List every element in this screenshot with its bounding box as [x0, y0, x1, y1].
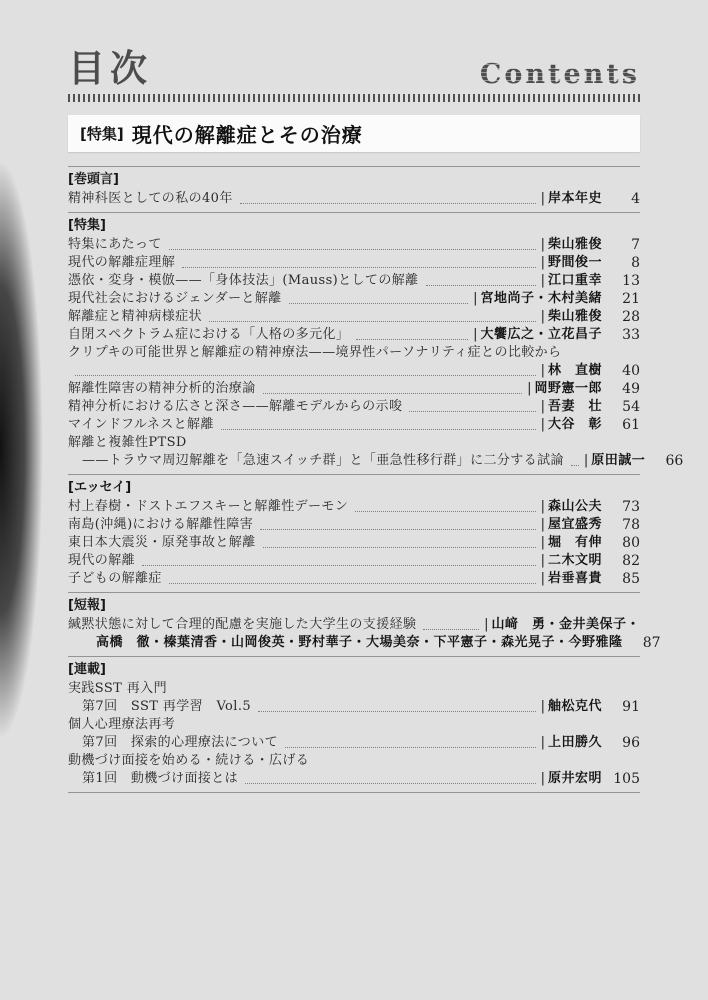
entry-authors: 林 直樹 [548, 362, 602, 380]
entry-title: 南島(沖縄)における解離性障害 [68, 516, 253, 534]
dotted-leader [209, 321, 536, 322]
dotted-leader [423, 629, 479, 630]
toc-entry: 第1回 動機づけ面接とは | 原井宏明 105 [68, 770, 640, 788]
dotted-leader [75, 375, 536, 376]
entry-authors: 吾妻 壮 [548, 398, 602, 416]
page-title-english: Contents [480, 61, 640, 88]
entry-authors: 柴山雅俊 [548, 236, 602, 254]
feature-banner-title: 現代の解離症とその治療 [132, 119, 363, 148]
toc-entry: 第7回 SST 再学習 Vol.5 | 舳松克代 91 [68, 698, 640, 716]
entry-title: 東日本大震災・原発事故と解離 [68, 534, 256, 552]
entry-title: 現代社会におけるジェンダーと解離 [68, 290, 282, 308]
entry-page-number: 21 [608, 290, 640, 308]
entry-title: 第1回 動機づけ面接とは [82, 770, 238, 788]
author-separator: | [541, 552, 545, 570]
toc-entry-authors-continuation: 高橋 徹・榛葉清香・山岡俊英・野村華子・大場美奈・下平憲子・森光晃子・今野雅隆 … [68, 634, 640, 652]
author-separator: | [541, 416, 545, 434]
toc-page: 目次 Contents [特集] 現代の解離症とその治療 [巻頭言] 精神科医と… [0, 0, 708, 1000]
toc-entry: 村上春樹・ドストエフスキーと解離性デーモン | 森山公夫 73 [68, 498, 640, 516]
dotted-leader [169, 583, 536, 584]
author-separator: | [527, 380, 531, 398]
author-separator: | [473, 290, 477, 308]
author-separator: | [541, 498, 545, 516]
author-separator: | [473, 326, 477, 344]
entry-authors: 岸本年史 [548, 190, 602, 208]
dotted-leader [355, 511, 535, 512]
toc-entry-subtitle-line: ——トラウマ周辺解離を「急速スイッチ群」と「亜急性移行群」に二分する試論 | 原… [68, 452, 640, 470]
toc-entry: 現代社会におけるジェンダーと解離 | 宮地尚子・木村美緒 21 [68, 290, 640, 308]
author-separator: | [541, 254, 545, 272]
series-title-line: 個人心理療法再考 [68, 716, 640, 734]
dotted-leader [240, 203, 536, 204]
dotted-leader [182, 267, 535, 268]
entry-page-number: 66 [651, 452, 683, 470]
entry-title: 緘黙状態に対して合理的配慮を実施した大学生の支援経験 [68, 616, 416, 634]
entry-title: 憑依・変身・模倣——「身体技法」(Mauss)としての解離 [68, 272, 419, 290]
toc-entry-continuation: | 林 直樹 40 [68, 362, 640, 380]
series-title: 実践SST 再入門 [68, 680, 167, 698]
author-separator: | [484, 616, 488, 634]
entry-page-number: 82 [608, 552, 640, 570]
entry-page-number: 87 [629, 634, 661, 652]
author-separator: | [541, 190, 545, 208]
series-title-line: 実践SST 再入門 [68, 680, 640, 698]
entry-authors: 原井宏明 [548, 770, 602, 788]
dotted-leader [142, 565, 536, 566]
entry-title: 精神分析における広さと深さ——解離モデルからの示唆 [68, 398, 402, 416]
entry-page-number: 13 [608, 272, 640, 290]
toc-entry: 特集にあたって | 柴山雅俊 7 [68, 236, 640, 254]
toc-entry: 解離症と精神病様症状 | 柴山雅俊 28 [68, 308, 640, 326]
entry-authors: 舳松克代 [548, 698, 602, 716]
author-separator: | [584, 452, 588, 470]
toc-entry: 現代の解離 | 二木文明 82 [68, 552, 640, 570]
toc-entry: 南島(沖縄)における解離性障害 | 屋宜盛秀 78 [68, 516, 640, 534]
author-separator: | [541, 516, 545, 534]
entry-authors: 上田勝久 [548, 734, 602, 752]
entry-page-number: 33 [608, 326, 640, 344]
author-separator: | [541, 734, 545, 752]
entry-page-number: 73 [608, 498, 640, 516]
entry-page-number: 80 [608, 534, 640, 552]
section-divider [68, 212, 640, 213]
dotted-leader [263, 547, 536, 548]
dotted-leader [260, 529, 535, 530]
series-title-line: 動機づけ面接を始める・続ける・広げる [68, 752, 640, 770]
entry-title: 現代の解離 [68, 552, 135, 570]
header: 目次 Contents [68, 50, 640, 89]
entry-authors: 二木文明 [548, 552, 602, 570]
entry-page-number: 96 [608, 734, 640, 752]
toc-entry: マインドフルネスと解離 | 大谷 彰 61 [68, 416, 640, 434]
toc-entry: 解離性障害の精神分析的治療論 | 岡野憲一郎 49 [68, 380, 640, 398]
series-title: 個人心理療法再考 [68, 716, 175, 734]
entry-page-number: 8 [608, 254, 640, 272]
entry-page-number: 54 [608, 398, 640, 416]
entry-authors: 大饗広之・立花昌子 [480, 326, 602, 344]
entry-page-number: 61 [608, 416, 640, 434]
entry-authors: 堀 有伸 [548, 534, 602, 552]
toc-entry: 精神分析における広さと深さ——解離モデルからの示唆 | 吾妻 壮 54 [68, 398, 640, 416]
entry-page-number: 4 [608, 190, 640, 208]
section-divider [68, 792, 640, 793]
dotted-leader [245, 783, 536, 784]
toc-entry: 緘黙状態に対して合理的配慮を実施した大学生の支援経験 | 山﨑 勇・金井美保子・ [68, 616, 640, 634]
section-divider [68, 656, 640, 657]
entry-authors: 山﨑 勇・金井美保子・ [491, 616, 640, 634]
toc-entry: 精神科医としての私の40年 | 岸本年史 4 [68, 190, 640, 208]
section-heading: [短報] [68, 597, 640, 615]
entry-authors: 岩垂喜貴 [548, 570, 602, 588]
entry-title: 自閉スペクトラム症における「人格の多元化」 [68, 326, 349, 344]
toc-entry: 第7回 探索的心理療法について | 上田勝久 96 [68, 734, 640, 752]
section-divider [68, 592, 640, 593]
entry-page-number: 78 [608, 516, 640, 534]
author-separator: | [541, 570, 545, 588]
entry-title: 現代の解離症理解 [68, 254, 175, 272]
dotted-leader [258, 711, 536, 712]
page-title: 目次 [68, 50, 152, 89]
dotted-leader [356, 339, 468, 340]
entry-authors: 大谷 彰 [548, 416, 602, 434]
entry-page-number: 49 [608, 380, 640, 398]
series-title: 動機づけ面接を始める・続ける・広げる [68, 752, 309, 770]
section-heading: [巻頭言] [68, 171, 640, 189]
entry-authors: 高橋 徹・榛葉清香・山岡俊英・野村華子・大場美奈・下平憲子・森光晃子・今野雅隆 [96, 634, 623, 652]
entry-page-number: 28 [608, 308, 640, 326]
dotted-leader [571, 465, 579, 466]
entry-title: 第7回 探索的心理療法について [82, 734, 278, 752]
toc-list: [巻頭言] 精神科医としての私の40年 | 岸本年史 4 [特集] 特集にあたっ… [68, 166, 640, 793]
author-separator: | [541, 272, 545, 290]
entry-page-number: 105 [608, 770, 640, 788]
page-content: 目次 Contents [特集] 現代の解離症とその治療 [巻頭言] 精神科医と… [0, 0, 708, 793]
author-separator: | [541, 362, 545, 380]
striped-rule [68, 94, 640, 102]
entry-authors: 江口重幸 [548, 272, 602, 290]
entry-authors: 森山公夫 [548, 498, 602, 516]
author-separator: | [541, 770, 545, 788]
entry-authors: 岡野憲一郎 [534, 380, 602, 398]
section-divider [68, 166, 640, 167]
entry-authors: 原田誠一 [591, 452, 645, 470]
toc-entry-title-line: 解離と複雑性PTSD [68, 434, 640, 452]
entry-authors: 野間俊一 [548, 254, 602, 272]
entry-page-number: 40 [608, 362, 640, 380]
dotted-leader [221, 429, 536, 430]
entry-page-number: 7 [608, 236, 640, 254]
author-separator: | [541, 534, 545, 552]
section-divider [68, 474, 640, 475]
author-separator: | [541, 308, 545, 326]
entry-authors: 屋宜盛秀 [548, 516, 602, 534]
section-heading: [特集] [68, 217, 640, 235]
toc-entry: 自閉スペクトラム症における「人格の多元化」 | 大饗広之・立花昌子 33 [68, 326, 640, 344]
entry-title: 解離と複雑性PTSD [68, 434, 187, 452]
entry-page-number: 85 [608, 570, 640, 588]
dotted-leader [169, 249, 536, 250]
section-heading: [エッセイ] [68, 479, 640, 497]
dotted-leader [409, 411, 535, 412]
toc-entry: 東日本大震災・原発事故と解離 | 堀 有伸 80 [68, 534, 640, 552]
author-separator: | [541, 398, 545, 416]
entry-title: 村上春樹・ドストエフスキーと解離性デーモン [68, 498, 348, 516]
feature-banner-label: [特集] [80, 123, 124, 144]
entry-title: マインドフルネスと解離 [68, 416, 214, 434]
feature-banner: [特集] 現代の解離症とその治療 [68, 115, 640, 152]
author-separator: | [541, 236, 545, 254]
entry-title: 特集にあたって [68, 236, 162, 254]
dotted-leader [426, 285, 536, 286]
entry-authors: 柴山雅俊 [548, 308, 602, 326]
entry-title: 子どもの解離症 [68, 570, 162, 588]
toc-entry: 子どもの解離症 | 岩垂喜貴 85 [68, 570, 640, 588]
entry-page-number: 91 [608, 698, 640, 716]
toc-entry-title-line: クリプキの可能世界と解離症の精神療法——境界性パーソナリティ症との比較から [68, 344, 640, 362]
entry-title: 解離症と精神病様症状 [68, 308, 202, 326]
entry-title: 第7回 SST 再学習 Vol.5 [82, 698, 251, 716]
entry-subtitle: ——トラウマ周辺解離を「急速スイッチ群」と「亜急性移行群」に二分する試論 [82, 452, 564, 470]
entry-title: クリプキの可能世界と解離症の精神療法——境界性パーソナリティ症との比較から [68, 344, 561, 362]
entry-title: 精神科医としての私の40年 [68, 190, 233, 208]
entry-authors: 宮地尚子・木村美緒 [480, 290, 602, 308]
dotted-leader [263, 393, 522, 394]
dotted-leader [285, 747, 536, 748]
toc-entry: 現代の解離症理解 | 野間俊一 8 [68, 254, 640, 272]
toc-entry: 憑依・変身・模倣——「身体技法」(Mauss)としての解離 | 江口重幸 13 [68, 272, 640, 290]
entry-title: 解離性障害の精神分析的治療論 [68, 380, 256, 398]
dotted-leader [289, 303, 468, 304]
author-separator: | [541, 698, 545, 716]
section-heading: [連載] [68, 661, 640, 679]
